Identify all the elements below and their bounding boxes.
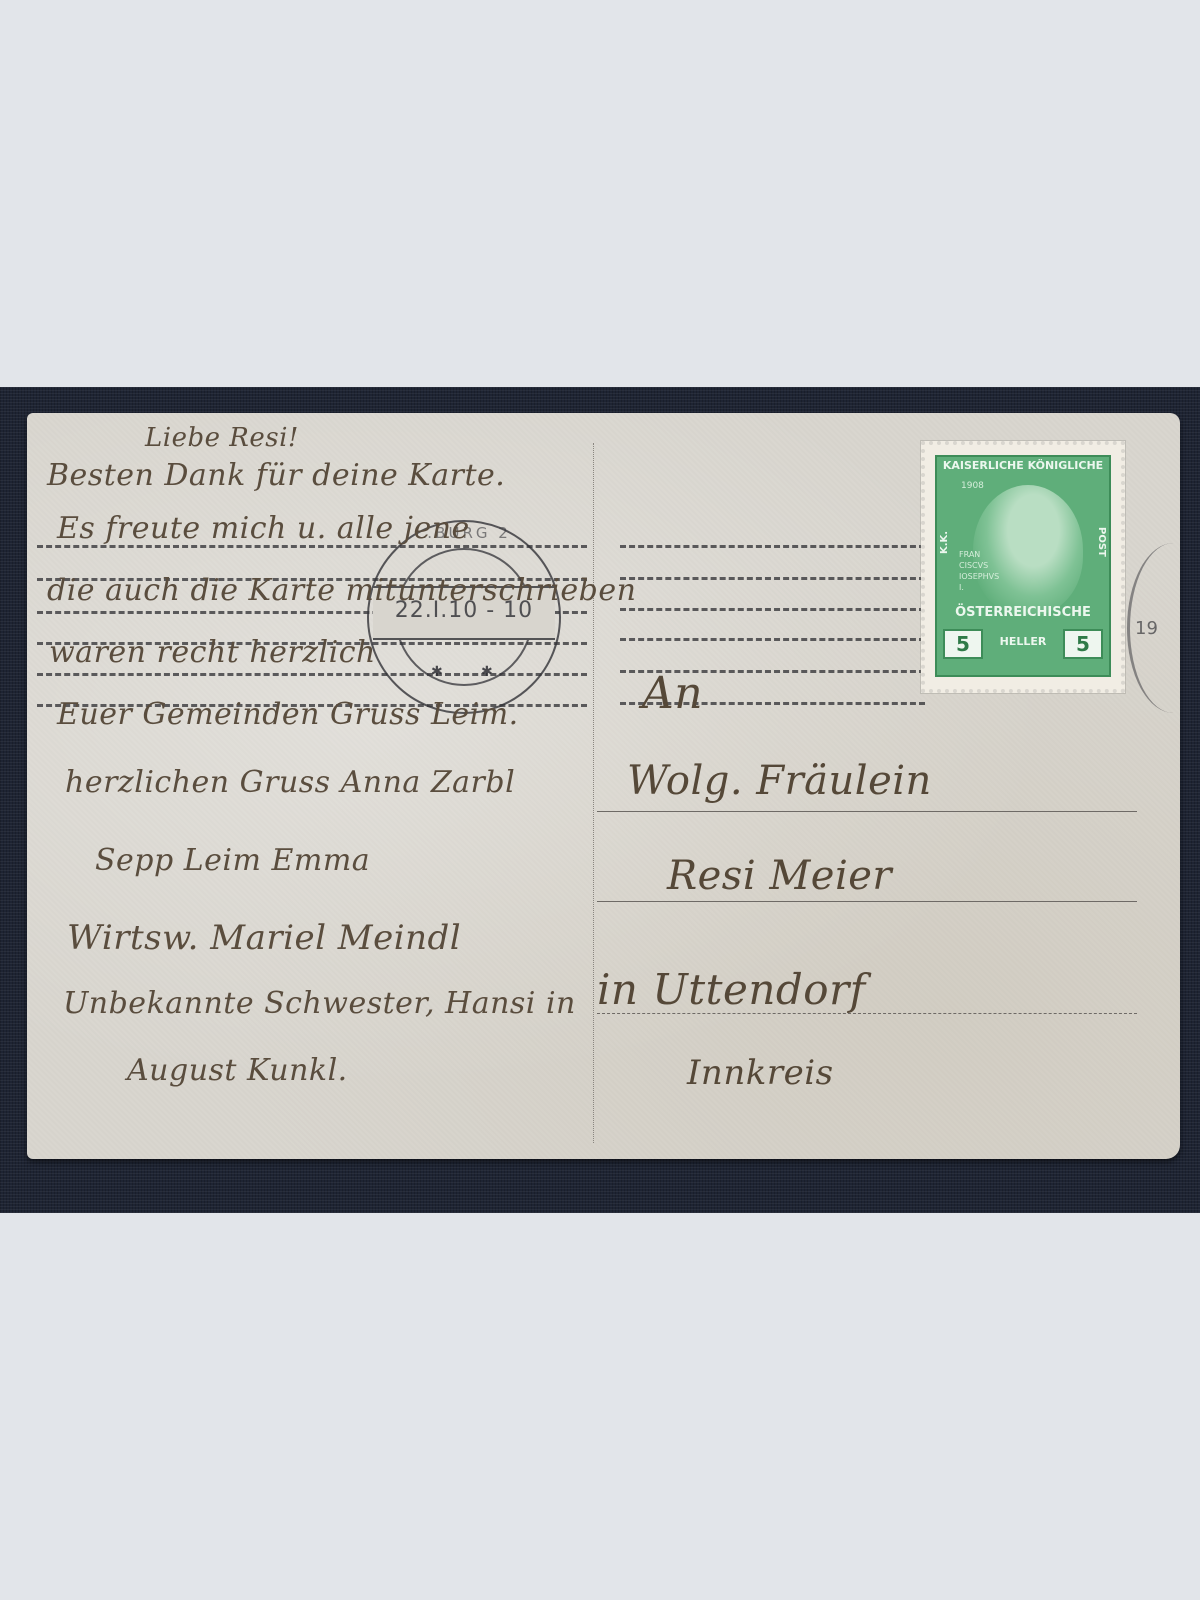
- address-rule: [597, 901, 1137, 902]
- address-region: Innkreis: [687, 1053, 834, 1093]
- message-line: Besten Dank für deine Karte.: [47, 458, 505, 493]
- caption-line: I.: [959, 582, 999, 593]
- stamp-design: KAISERLICHE KÖNIGLICHE K.K. POST 1908 FR…: [935, 455, 1111, 677]
- stamp-right-inscription: POST: [1093, 477, 1107, 607]
- cancellation-line: [620, 545, 925, 548]
- stamp-left-inscription: K.K.: [939, 477, 953, 607]
- card-center-divider: [593, 443, 594, 1143]
- postmark: …BURG 2 22.I.10 - 10 ✱ ✱: [367, 520, 561, 714]
- message-line: Unbekannte Schwester, Hansi in: [63, 986, 576, 1021]
- postcard: …BURG 2 22.I.10 - 10 ✱ ✱ 19 KAISERLICHE …: [27, 413, 1180, 1159]
- message-line: August Kunkl.: [127, 1053, 348, 1088]
- cancellation-line: [620, 577, 925, 580]
- address-salutation: Wolg. Fräulein: [627, 758, 932, 804]
- address-rule: [597, 811, 1137, 812]
- address-name: Resi Meier: [667, 853, 892, 899]
- message-line: Es freute mich u. alle jene: [57, 511, 470, 546]
- stamp-portrait-caption: FRAN CISCVS IOSEPHVS I.: [959, 549, 999, 593]
- message-line: Wirtsw. Mariel Meindl: [67, 918, 461, 958]
- star-icon: ✱: [481, 664, 493, 680]
- message-line: waren recht herzlich: [49, 635, 376, 670]
- stamp-value-right: 5: [1063, 629, 1103, 659]
- stamp-year: 1908: [961, 481, 984, 491]
- stamp-bottom-inscription: ÖSTERREICHISCHE: [937, 605, 1109, 620]
- message-line: Euer Gemeinden Gruss Leim.: [57, 697, 519, 732]
- address-place: in Uttendorf: [597, 965, 866, 1014]
- message-line: die auch die Karte mitunterschrieben: [47, 573, 636, 608]
- message-line: Sepp Leim Emma: [95, 843, 370, 878]
- cancellation-line: [620, 608, 925, 611]
- message-line: herzlichen Gruss Anna Zarbl: [65, 765, 515, 800]
- postmark-partial-text: 19: [1135, 618, 1158, 639]
- stamp-denomination: HELLER: [987, 635, 1059, 648]
- message-line: Liebe Resi!: [145, 423, 299, 453]
- cancellation-line: [620, 638, 925, 641]
- caption-line: FRAN: [959, 549, 999, 560]
- stamp-top-inscription: KAISERLICHE KÖNIGLICHE: [937, 459, 1109, 472]
- stamp-value-left: 5: [943, 629, 983, 659]
- postage-stamp: KAISERLICHE KÖNIGLICHE K.K. POST 1908 FR…: [921, 441, 1125, 693]
- caption-line: IOSEPHVS: [959, 571, 999, 582]
- caption-line: CISCVS: [959, 560, 999, 571]
- star-icon: ✱: [431, 664, 443, 680]
- address-prefix: An: [642, 668, 703, 719]
